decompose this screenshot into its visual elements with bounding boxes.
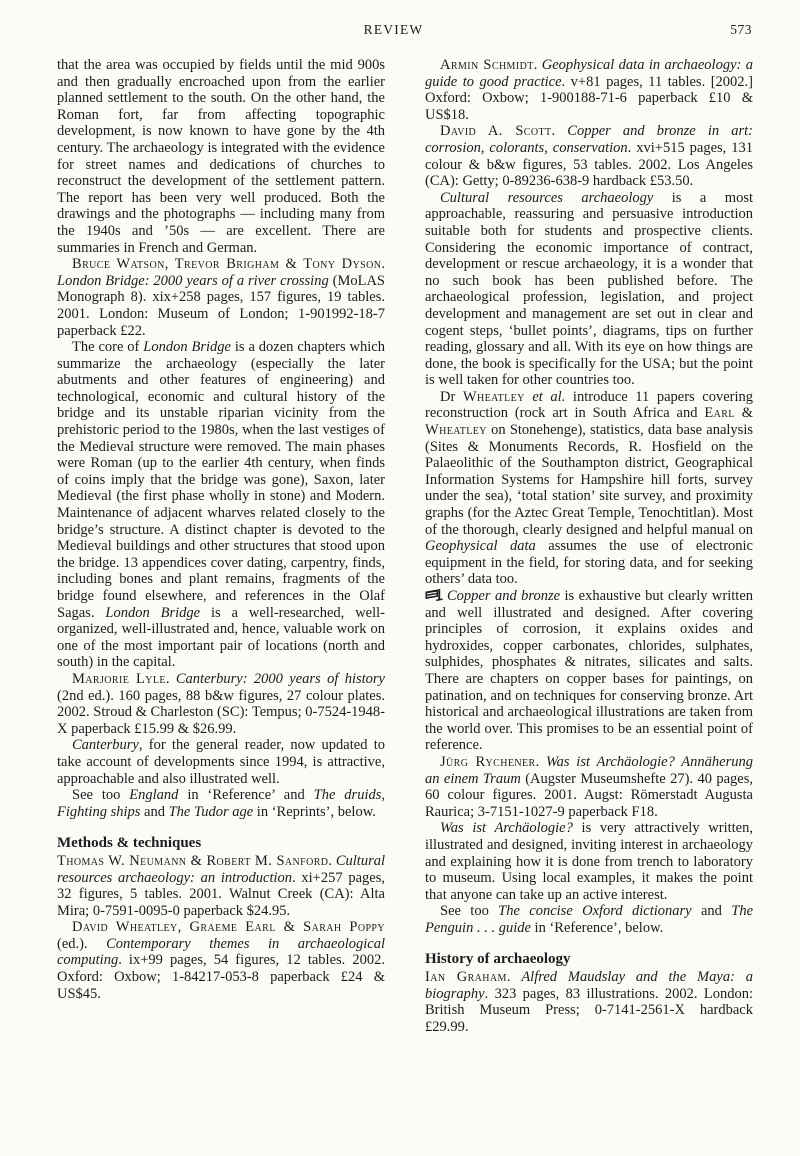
book-title: The Tudor age	[169, 804, 254, 820]
paragraph: Canterbury, for the general reader, now …	[57, 737, 385, 787]
text-run: .	[534, 57, 542, 73]
author-name: Armin Schmidt	[440, 57, 534, 73]
author-name: Jürg Rychener	[440, 754, 536, 770]
text-run: on Stonehenge), statistics, data base an…	[425, 422, 753, 538]
right-column: Armin Schmidt. Geophysical data in archa…	[425, 57, 753, 1035]
paragraph: Armin Schmidt. Geophysical data in archa…	[425, 57, 753, 123]
text-run: (2nd ed.). 160 pages, 88 b&w figures, 27…	[57, 688, 385, 737]
book-title: London Bridge: 2000 years of a river cro…	[57, 273, 329, 289]
book-title: London Bridge	[143, 339, 231, 355]
book-title: Fighting ships	[57, 804, 140, 820]
text-columns: that the area was occupied by fields unt…	[57, 57, 752, 1035]
text-run: in ‘Reprints’, below.	[253, 804, 376, 820]
text-run: Dr	[440, 389, 463, 405]
text-run: ,	[381, 787, 385, 803]
book-title: London Bridge	[105, 605, 200, 621]
text-run: .	[381, 256, 385, 272]
text-run: .	[552, 123, 568, 139]
author-name: Thomas W. Neumann & Robert M. Sanford	[57, 853, 328, 869]
text-run: in ‘Reference’, below.	[531, 920, 663, 936]
running-head-title: REVIEW	[57, 22, 730, 38]
section-heading: History of archaeology	[425, 951, 753, 968]
author-name: Wheatley	[463, 389, 525, 405]
text-run: .	[536, 754, 546, 770]
author-name: Ian Graham	[425, 969, 507, 985]
author-name: David Wheatley, Graeme Earl & Sarah Popp…	[72, 919, 385, 935]
page-number: 573	[730, 22, 752, 38]
text-run: (ed.).	[57, 936, 106, 952]
book-title: Canterbury	[72, 737, 139, 753]
author-name: David A. Scott	[440, 123, 552, 139]
paragraph: See too England in ‘Reference’ and The d…	[57, 787, 385, 820]
text-run: is a most approachable, reassuring and p…	[425, 190, 753, 389]
paragraph: David Wheatley, Graeme Earl & Sarah Popp…	[57, 919, 385, 1002]
book-title: et al.	[532, 389, 565, 405]
text-run: The core of	[72, 339, 143, 355]
book-title: The concise Oxford dictionary	[498, 903, 691, 919]
paragraph: Ian Graham. Alfred Maudslay and the Maya…	[425, 969, 753, 1035]
running-head: REVIEW 573	[57, 22, 752, 40]
text-run: See too	[72, 787, 129, 803]
paragraph: The core of London Bridge is a dozen cha…	[57, 339, 385, 671]
text-run: and	[692, 903, 732, 919]
paragraph: See too The concise Oxford dictionary an…	[425, 903, 753, 936]
paragraph: Cultural resources archaeology is a most…	[425, 190, 753, 389]
book-title: Cultural resources archaeology	[440, 190, 653, 206]
page: REVIEW 573 that the area was occupied by…	[0, 0, 800, 1156]
paragraph: Copper and bronze is exhaustive but clea…	[425, 588, 753, 754]
text-run: in ‘Reference’ and	[178, 787, 313, 803]
paragraph: Marjorie Lyle. Canterbury: 2000 years of…	[57, 671, 385, 737]
paragraph: Was ist Archäologie? is very attractivel…	[425, 820, 753, 903]
book-title: The druids	[314, 787, 382, 803]
paragraph: Jürg Rychener. Was ist Archäologie? Annä…	[425, 754, 753, 820]
text-run: .	[507, 969, 521, 985]
paragraph: David A. Scott. Copper and bronze in art…	[425, 123, 753, 189]
pen-flag-icon	[425, 588, 443, 605]
text-run: .	[166, 671, 176, 687]
text-run: &	[735, 405, 753, 421]
text-run: is a dozen chapters which summarize the …	[57, 339, 385, 621]
author-name: Earl	[704, 405, 734, 421]
text-run: .	[328, 853, 335, 869]
book-title: Geophysical data	[425, 538, 536, 554]
left-column: that the area was occupied by fields unt…	[57, 57, 385, 1035]
section-heading: Methods & techniques	[57, 835, 385, 852]
text-run: See too	[440, 903, 498, 919]
book-title: Was ist Archäologie?	[440, 820, 573, 836]
paragraph: Dr Wheatley et al. introduce 11 papers c…	[425, 389, 753, 588]
book-title: England	[129, 787, 178, 803]
paragraph: that the area was occupied by fields unt…	[57, 57, 385, 256]
text-run: and	[140, 804, 168, 820]
book-title: Copper and bronze	[447, 588, 560, 604]
paragraph: Thomas W. Neumann & Robert M. Sanford. C…	[57, 853, 385, 919]
author-name: Wheatley	[425, 422, 487, 438]
author-name: Marjorie Lyle	[72, 671, 166, 687]
paragraph: Bruce Watson, Trevor Brigham & Tony Dyso…	[57, 256, 385, 339]
author-name: Bruce Watson, Trevor Brigham & Tony Dyso…	[72, 256, 381, 272]
text-run: is exhaustive but clearly written and we…	[425, 588, 753, 753]
text-run: that the area was occupied by fields unt…	[57, 57, 385, 256]
book-title: Canterbury: 2000 years of history	[176, 671, 385, 687]
